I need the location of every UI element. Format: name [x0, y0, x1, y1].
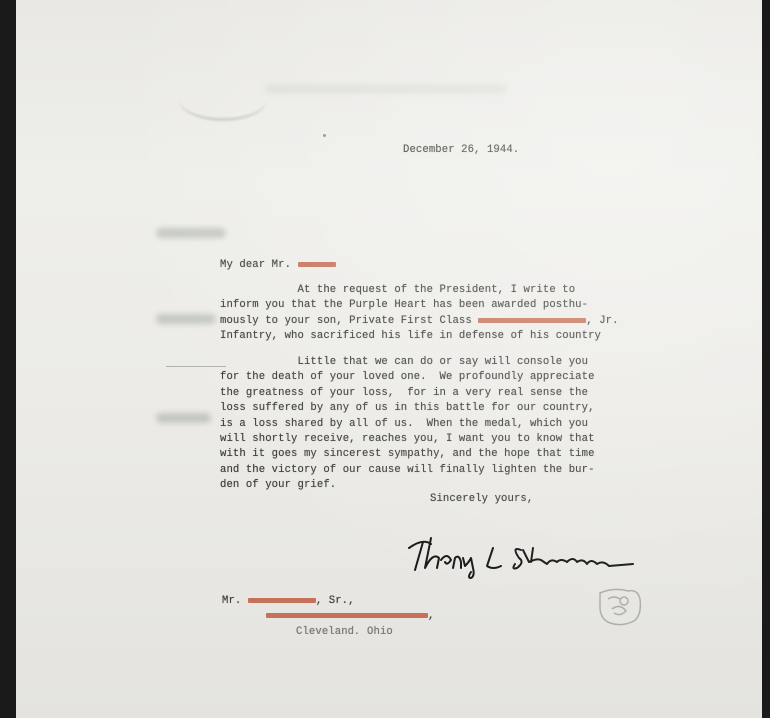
body-line: inform you that the Purple Heart has bee… [220, 298, 619, 313]
body-line: Infantry, who sacrificed his life in def… [220, 329, 619, 344]
signature-henry-l-stimson [401, 528, 641, 583]
closing: Sincerely yours, [430, 492, 533, 507]
letter-page: December 26, 1944. My dear Mr. At the re… [16, 0, 762, 718]
body-line: At the request of the President, I write… [220, 283, 619, 298]
salutation-text: My dear Mr. [220, 259, 298, 271]
paper-mark [323, 134, 326, 137]
address-block: Mr. , Sr.,,Cleveland, Ohio [222, 594, 434, 634]
paragraph-1: At the request of the President, I write… [220, 283, 619, 345]
redaction-father-name [248, 598, 316, 603]
paragraph-2: Little that we can do or say will consol… [220, 355, 595, 494]
address-name-line: Mr. , Sr., [222, 594, 434, 609]
body-line: is a loss shared by all of us. When the … [220, 417, 595, 432]
pencil-line [166, 366, 226, 367]
letter-date: December 26, 1944. [403, 143, 519, 158]
redaction-street-address [266, 613, 428, 618]
redaction-surname [298, 262, 336, 267]
address-street-suffix: , [428, 610, 434, 622]
body-line: mously to your son, Private First Class … [220, 314, 619, 329]
body-line: with it goes my sincerest sympathy, and … [220, 447, 595, 462]
address-name-suffix: , Sr., [316, 595, 355, 607]
salutation: My dear Mr. [220, 258, 336, 273]
body-line-text: mously to your son, Private First Class [220, 315, 478, 327]
body-line: the greatness of your loss, for in a ver… [220, 386, 595, 401]
body-line: will shortly receive, reaches you, I wan… [220, 432, 595, 447]
embossed-seal-stamp [594, 585, 644, 627]
address-prefix: Mr. [222, 595, 248, 607]
address-city-line: Cleveland, Ohio [222, 625, 434, 634]
body-line: loss suffered by any of us in this battl… [220, 401, 595, 416]
smudge [156, 314, 216, 324]
letterhead-ghost [266, 85, 506, 93]
body-line: for the death of your loved one. We prof… [220, 370, 595, 385]
redaction-son-name [478, 318, 586, 323]
letterhead-seal-ghost [179, 78, 267, 121]
body-line: and the victory of our cause will finall… [220, 463, 595, 478]
address-street-line: , [222, 609, 434, 624]
body-line: Little that we can do or say will consol… [220, 355, 595, 370]
body-line-suffix: , Jr. [586, 315, 618, 327]
smudge [156, 413, 211, 423]
smudge [156, 228, 226, 238]
body-line: den of your grief. [220, 478, 595, 493]
